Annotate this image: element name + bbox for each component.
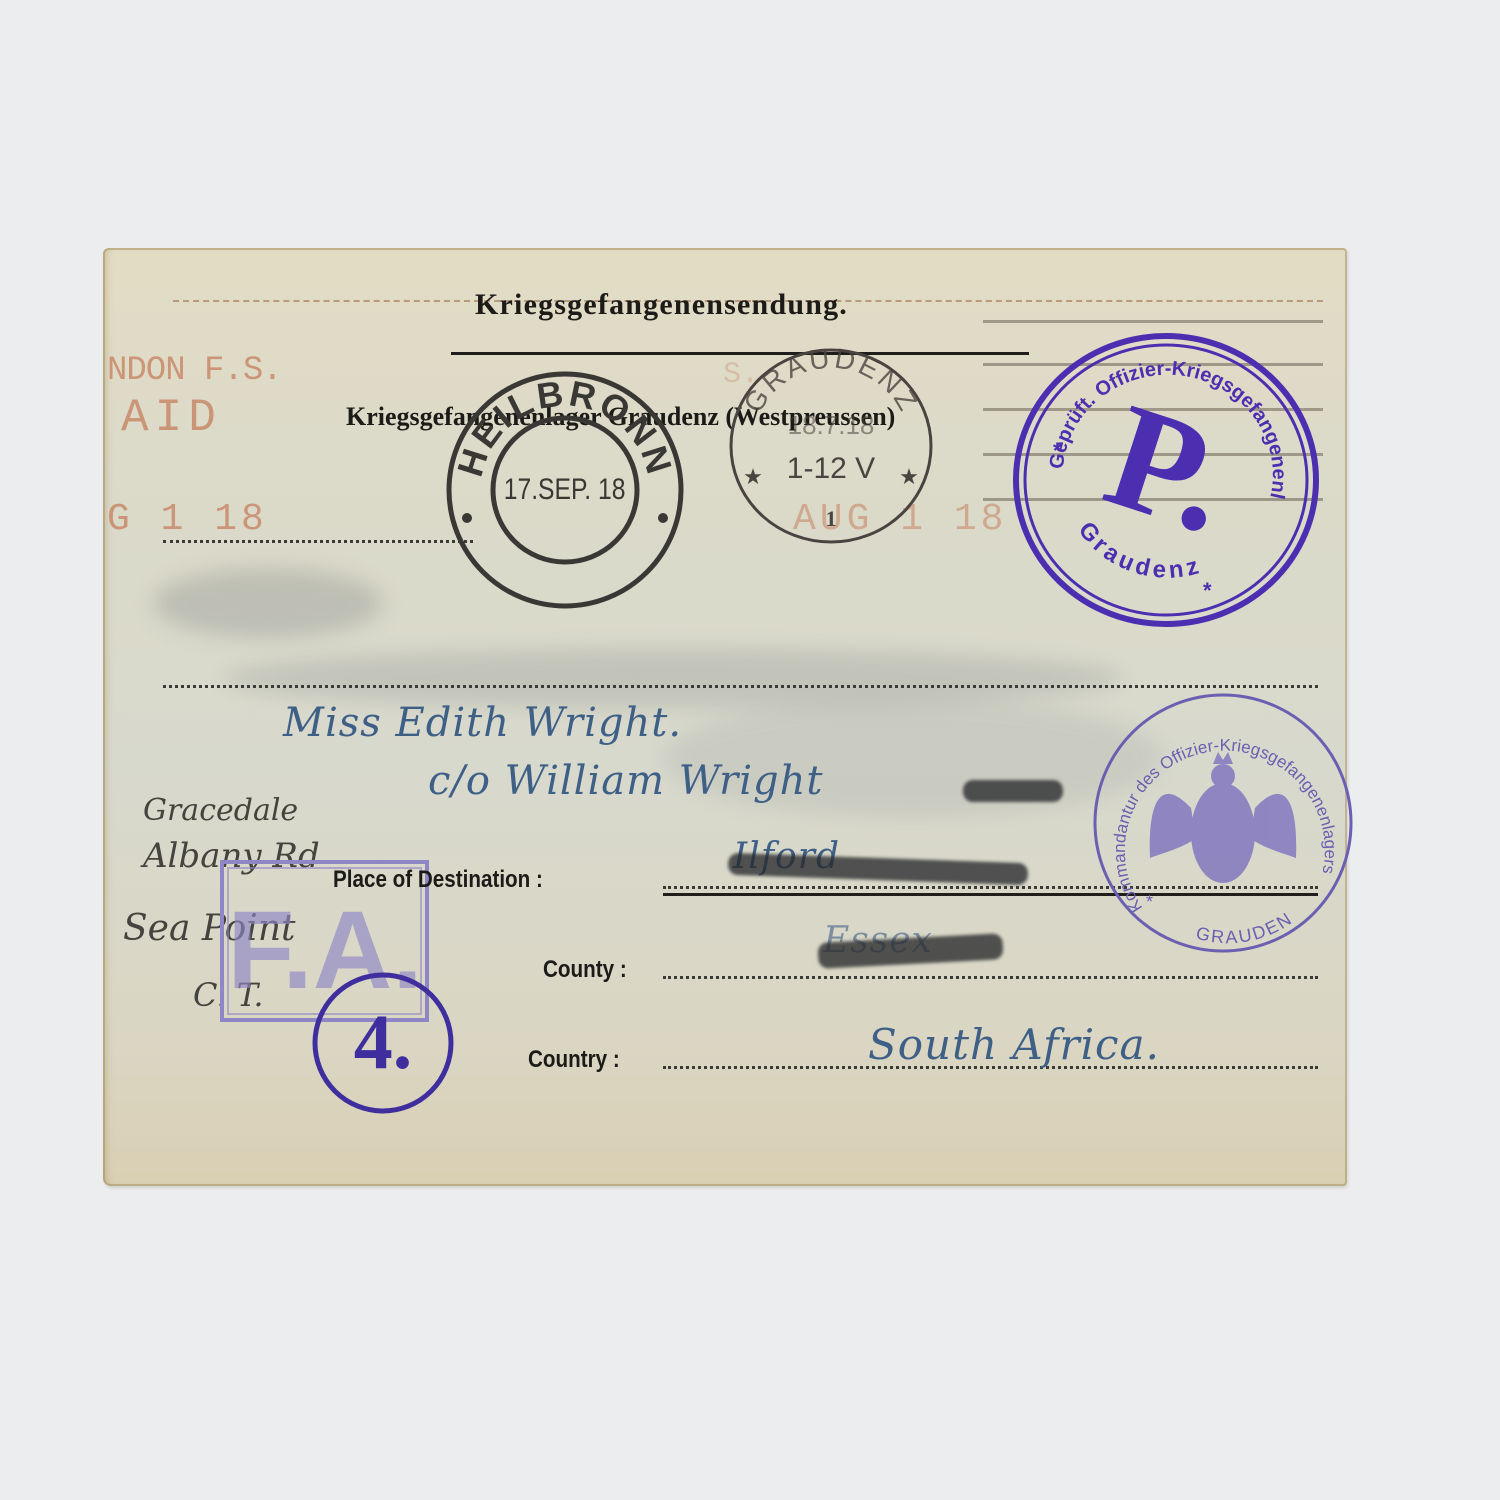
county-dotted-line	[663, 976, 1318, 979]
svg-text:4.: 4.	[354, 998, 413, 1085]
svg-text:*: *	[1203, 578, 1212, 603]
country-label: Country :	[528, 1046, 620, 1074]
circle-4-stamp: 4.	[308, 968, 458, 1118]
svg-text:*: *	[1146, 892, 1153, 912]
censor-p-stamp: Geprüft. Offizier-Kriegsgefangenenlager …	[1008, 328, 1328, 633]
eagle-icon	[1150, 752, 1296, 883]
county-label: County :	[543, 956, 627, 984]
svg-text:GRAUDENZ: GRAUDENZ	[737, 342, 924, 418]
place-of-destination-label: Place of Destination :	[333, 866, 543, 894]
addressee-line-2: c/o William Wright	[428, 758, 823, 804]
smudge	[223, 648, 1123, 708]
svg-text:1: 1	[826, 506, 837, 531]
london-stamp-line1: NDON F.S.	[107, 352, 282, 390]
struck-out-text	[963, 780, 1063, 802]
smudge	[153, 568, 383, 638]
svg-text:*: *	[1053, 438, 1062, 463]
svg-text:HEILBRONN: HEILBRONN	[449, 372, 681, 481]
machine-cancel-line	[983, 320, 1323, 323]
redirect-address-line-1: Gracedale	[143, 793, 298, 828]
place-strike	[728, 853, 1029, 885]
london-stamp-line2: AID	[121, 392, 222, 444]
svg-text:★: ★	[899, 464, 919, 489]
address-line-1	[163, 540, 473, 543]
graudenz-postmark: GRAUDENZ 18.7.18 1-12 V ★ ★ 1	[723, 346, 938, 546]
svg-text:18.7.18: 18.7.18	[788, 410, 875, 440]
svg-text:★: ★	[743, 464, 763, 489]
svg-text:1-12 V: 1-12 V	[787, 452, 875, 485]
document-title: Kriegsgefangenensendung.	[475, 288, 848, 322]
country-value: South Africa.	[868, 1020, 1160, 1069]
postcard: NDON F.S. AID G 1 18 AUG 1 18 S. Kriegsg…	[103, 248, 1347, 1186]
kommandantur-stamp: Kommandantur des Offizier-Kriegsgefangen…	[1088, 688, 1358, 958]
london-stamp-line3: G 1 18	[107, 498, 268, 541]
addressee-line-1: Miss Edith Wright.	[283, 700, 682, 746]
svg-text:17.SEP. 18: 17.SEP. 18	[504, 472, 626, 506]
svg-text:P.: P.	[1089, 372, 1250, 566]
heilbronn-postmark: HEILBRONN 17.SEP. 18	[443, 368, 688, 613]
